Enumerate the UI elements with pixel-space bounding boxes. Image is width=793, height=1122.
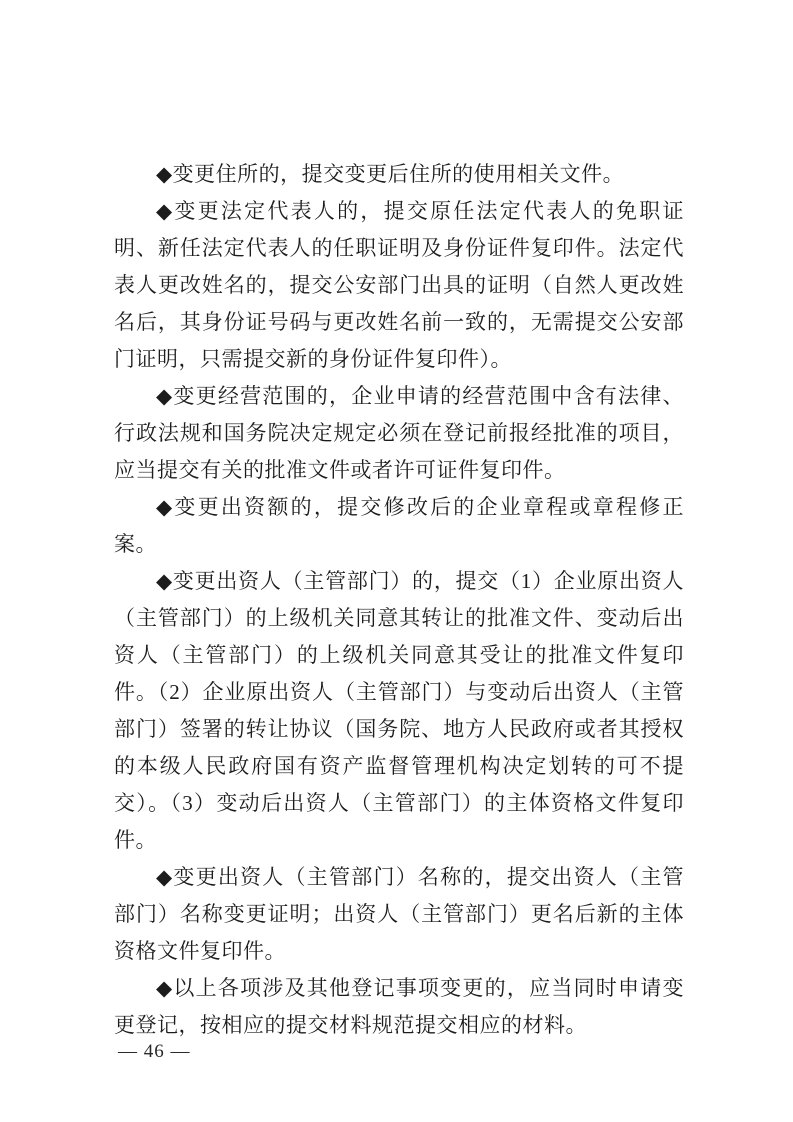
bullet-paragraph-other-registration-items: ◆以上各项涉及其他登记事项变更的，应当同时申请变更登记，按相应的提交材料规范提交…: [114, 970, 684, 1044]
page-number: — 46 —: [118, 1039, 191, 1065]
bullet-paragraph-residence-change: ◆变更住所的，提交变更后住所的使用相关文件。: [114, 156, 684, 193]
document-body: ◆变更住所的，提交变更后住所的使用相关文件。 ◆变更法定代表人的，提交原任法定代…: [114, 156, 684, 1044]
bullet-paragraph-capital-contribution-change: ◆变更出资额的，提交修改后的企业章程或章程修正案。: [114, 489, 684, 563]
bullet-paragraph-business-scope-change: ◆变更经营范围的，企业申请的经营范围中含有法律、行政法规和国务院决定规定必须在登…: [114, 378, 684, 489]
bullet-paragraph-investor-change: ◆变更出资人（主管部门）的，提交（1）企业原出资人（主管部门）的上级机关同意其转…: [114, 563, 684, 859]
bullet-paragraph-legal-representative-change: ◆变更法定代表人的，提交原任法定代表人的免职证明、新任法定代表人的任职证明及身份…: [114, 193, 684, 378]
bullet-paragraph-investor-name-change: ◆变更出资人（主管部门）名称的，提交出资人（主管部门）名称变更证明；出资人（主管…: [114, 859, 684, 970]
document-page: ◆变更住所的，提交变更后住所的使用相关文件。 ◆变更法定代表人的，提交原任法定代…: [0, 0, 793, 1122]
